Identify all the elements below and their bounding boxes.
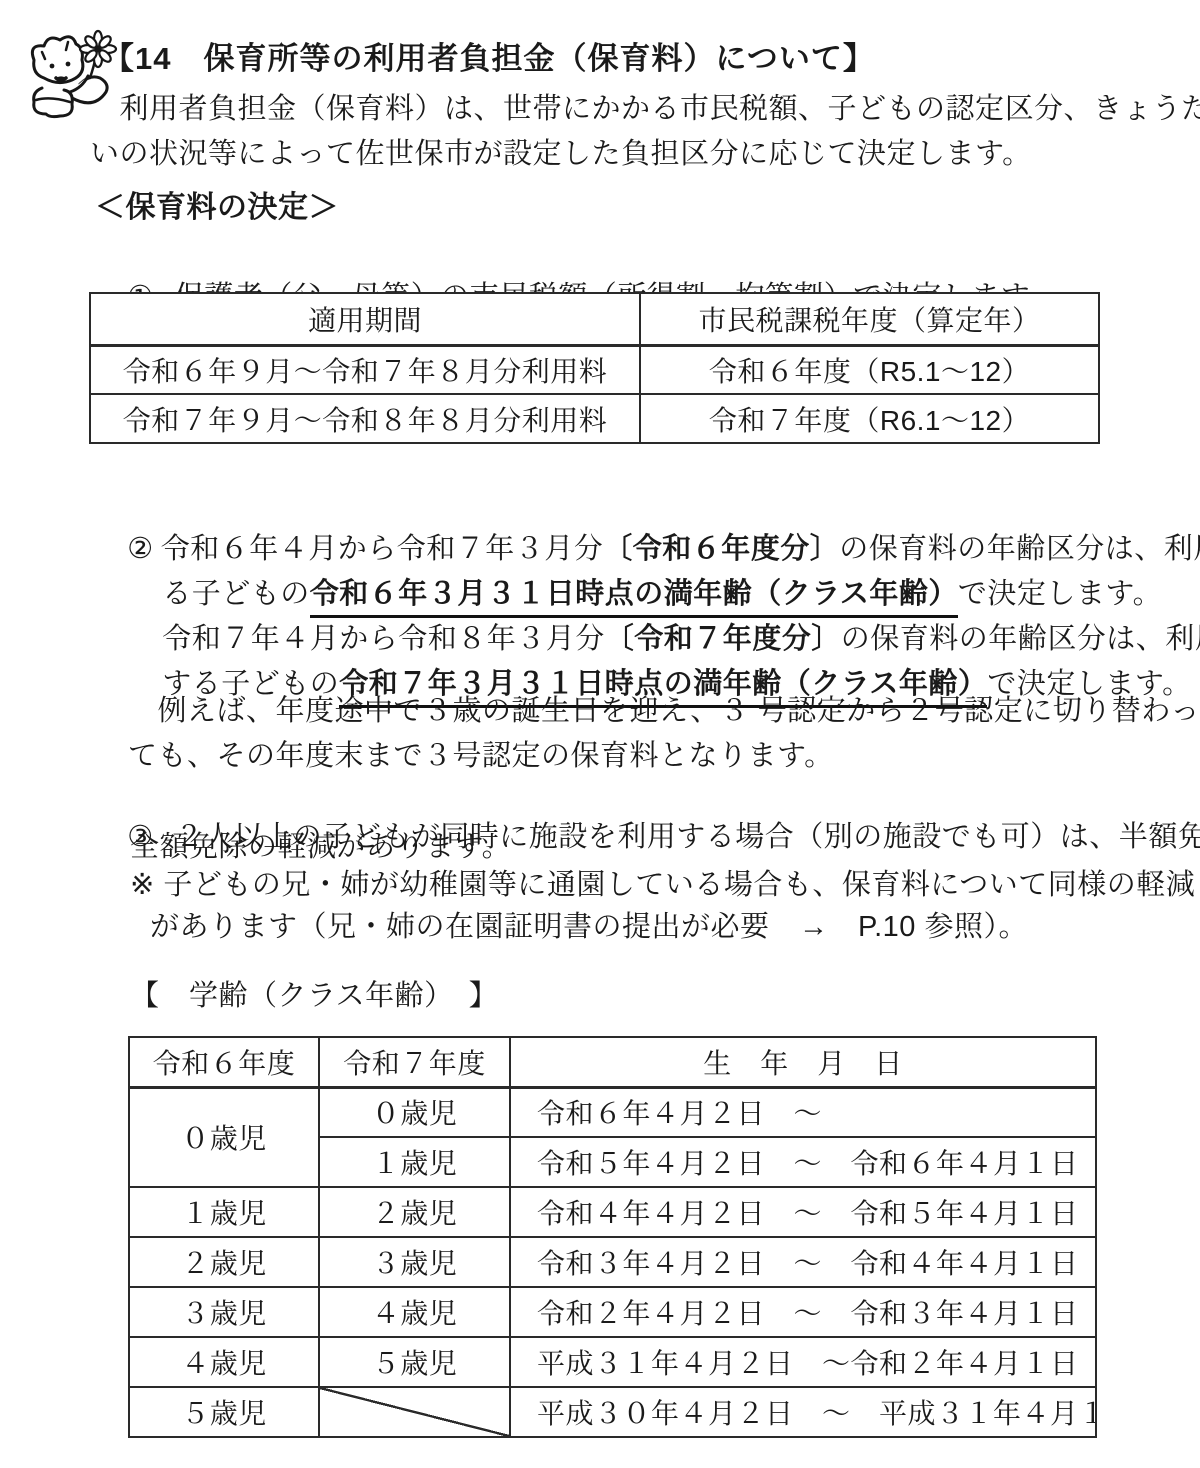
cell-birthdate: 平成３０年４月２日 ～ 平成３１年４月１日 [510,1387,1096,1437]
age-class-table: 令和６年度 令和７年度 生 年 月 日 ０歳児 ０歳児 令和６年４月２日 ～ １… [128,1036,1097,1438]
age-table-row: ５歳児 平成３０年４月２日 ～ 平成３１年４月１日 [129,1387,1096,1437]
header-applicable-period: 適用期間 [90,293,640,345]
cell-birthdate: 令和２年４月２日 ～ 令和３年４月１日 [510,1287,1096,1337]
cell-birthdate: 令和３年４月２日 ～ 令和４年４月１日 [510,1237,1096,1287]
section-heading: ＜保育料の決定＞ [95,190,339,226]
example-paragraph-line-2: ても、その年度末まで３号認定の保育料となります。 [128,739,834,774]
header-reiwa7: 令和７年度 [319,1037,510,1087]
header-birthdate: 生 年 月 日 [510,1037,1096,1087]
age-table-label: 【 学齢（クラス年齢） 】 [130,979,498,1014]
table-row: 令和６年９月～令和７年８月分利用料 令和６年度（R5.1～12） [90,345,1099,394]
sibling-note-line-1: ※ 子どもの兄・姉が幼稚園等に通園している場合も、保育料について同様の軽減 [130,868,1195,903]
tax-period-table: 適用期間 市民税課税年度（算定年） 令和６年９月～令和７年８月分利用料 令和６年… [89,292,1100,444]
cell-r7-age: ２歳児 [319,1187,510,1237]
cell-birthdate: 令和６年４月２日 ～ [510,1087,1096,1137]
cell-birthdate: 令和４年４月２日 ～ 令和５年４月１日 [510,1187,1096,1237]
cell-r7-age: ０歳児 [319,1087,510,1137]
intro-paragraph-line-1: 利用者負担金（保育料）は、世帯にかかる市民税額、子どもの認定区分、きょうだ [90,92,1200,127]
cell-r6-age: ２歳児 [129,1237,319,1287]
age-table-row: ３歳児 ４歳児 令和２年４月２日 ～ 令和３年４月１日 [129,1287,1096,1337]
cell-r7-age: ５歳児 [319,1337,510,1387]
age-table-row: １歳児 ２歳児 令和４年４月２日 ～ 令和５年４月１日 [129,1187,1096,1237]
item-3-line-2: 全額免除の軽減があります。 [130,830,511,865]
age-table-header-row: 令和６年度 令和７年度 生 年 月 日 [129,1037,1096,1087]
document-page: 【14 保育所等の利用者負担金（保育料）について】 利用者負担金（保育料）は、世… [0,0,1200,1468]
table-header-row: 適用期間 市民税課税年度（算定年） [90,293,1099,345]
cell-period: 令和６年９月～令和７年８月分利用料 [90,345,640,394]
header-tax-year: 市民税課税年度（算定年） [640,293,1099,345]
empty-diagonal-cell [319,1387,510,1437]
cell-r7-age: ４歳児 [319,1287,510,1337]
cell-birthdate: 平成３１年４月２日 ～令和２年４月１日 [510,1337,1096,1387]
cell-r6-age: ０歳児 [129,1087,319,1187]
age-table-row: ０歳児 ０歳児 令和６年４月２日 ～ [129,1087,1096,1137]
age-table-row: ４歳児 ５歳児 平成３１年４月２日 ～令和２年４月１日 [129,1337,1096,1387]
cell-r6-age: １歳児 [129,1187,319,1237]
cell-r7-age: ３歳児 [319,1237,510,1287]
intro-paragraph-line-2: いの状況等によって佐世保市が設定した負担区分に応じて決定します。 [90,137,1032,172]
age-table-row: ２歳児 ３歳児 令和３年４月２日 ～ 令和４年４月１日 [129,1237,1096,1287]
cell-birthdate: 令和５年４月２日 ～ 令和６年４月１日 [510,1137,1096,1187]
page-title: 【14 保育所等の利用者負担金（保育料）について】 [103,40,875,77]
cell-period: 令和７年９月～令和８年８月分利用料 [90,394,640,443]
cell-r6-age: ３歳児 [129,1287,319,1337]
cell-tax-year: 令和６年度（R5.1～12） [640,345,1099,394]
cell-tax-year: 令和７年度（R6.1～12） [640,394,1099,443]
cell-r7-age: １歳児 [319,1137,510,1187]
cell-r6-age: ４歳児 [129,1337,319,1387]
sibling-note-line-2: があります（兄・姉の在園証明書の提出が必要 → P.10 参照）。 [150,910,1028,945]
example-paragraph-line-1: 例えば、年度途中で３歳の誕生日を迎え、３ 号認定から２号認定に切り替わっ [128,694,1200,729]
table-row: 令和７年９月～令和８年８月分利用料 令和７年度（R6.1～12） [90,394,1099,443]
header-reiwa6: 令和６年度 [129,1037,319,1087]
cell-r6-age: ５歳児 [129,1387,319,1437]
